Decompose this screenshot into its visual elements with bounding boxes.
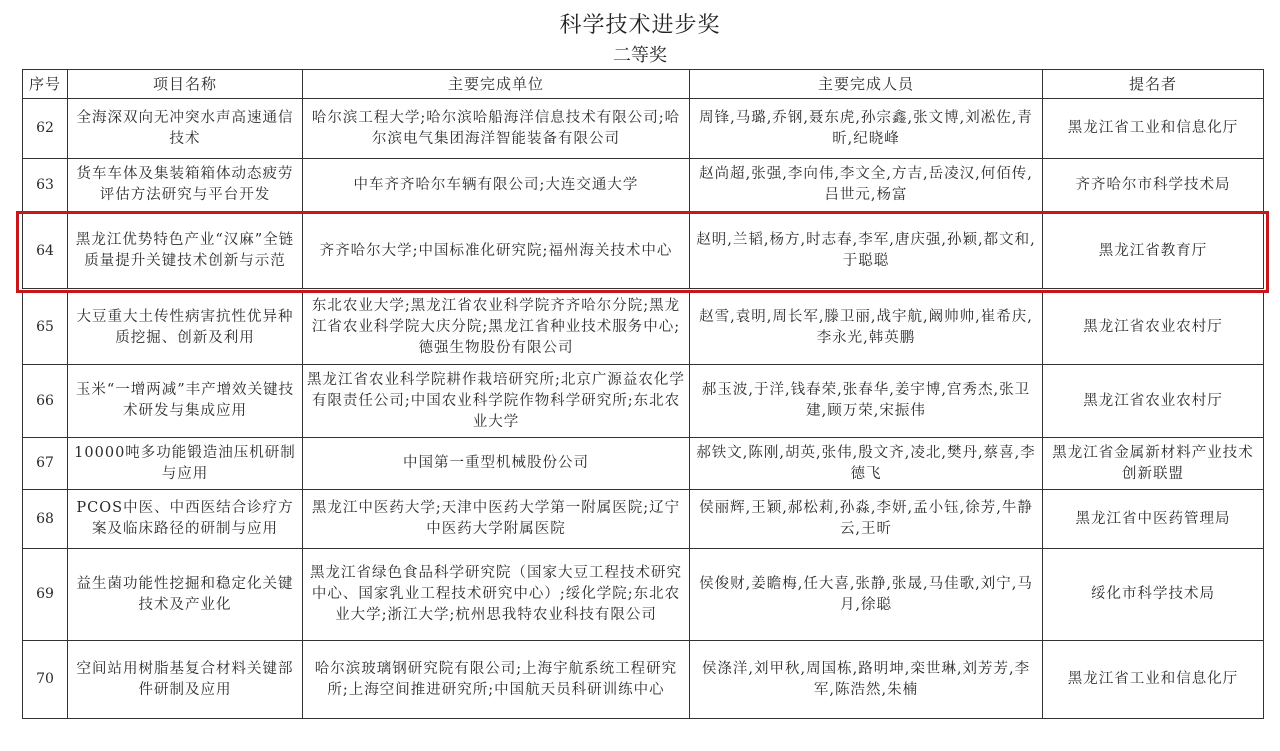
table-header-row: 序号 项目名称 主要完成单位 主要完成人员 提名者 [23,70,1264,99]
cell-people: 周锋,马璐,乔钢,聂东虎,孙宗鑫,张文博,刘凇佐,青昕,纪晓峰 [690,99,1043,159]
table-row-highlighted: 64 黑龙江优势特色产业“汉麻”全链质量提升关键技术创新与示范 齐齐哈尔大学;中… [23,213,1264,290]
cell-index: 62 [23,99,68,159]
header-nominator: 提名者 [1043,70,1264,99]
table-row: 66 玉米“一增两减”丰产增效关键技术研发与集成应用 黑龙江省农业科学院耕作栽培… [23,365,1264,438]
cell-units: 中车齐齐哈尔车辆有限公司;大连交通大学 [303,159,690,213]
cell-people: 侯俊财,姜瞻梅,任大喜,张静,张晟,马佳歌,刘宁,马月,徐聪 [690,549,1043,641]
cell-project: 玉米“一增两减”丰产增效关键技术研发与集成应用 [68,365,303,438]
table-row: 65 大豆重大土传性病害抗性优异种质挖掘、创新及利用 东北农业大学;黑龙江省农业… [23,290,1264,365]
cell-people: 赵尚超,张强,李向伟,李文全,方吉,岳凌汉,何佰传,吕世元,杨富 [690,159,1043,213]
cell-index: 63 [23,159,68,213]
cell-nominator: 黑龙江省农业农村厅 [1043,290,1264,365]
awards-table: 序号 项目名称 主要完成单位 主要完成人员 提名者 62 全海深双向无冲突水声高… [22,69,1264,719]
cell-nominator: 黑龙江省工业和信息化厅 [1043,99,1264,159]
cell-project: 空间站用树脂基复合材料关键部件研制及应用 [68,641,303,719]
cell-nominator: 黑龙江省工业和信息化厅 [1043,641,1264,719]
cell-index: 66 [23,365,68,438]
cell-nominator: 黑龙江省农业农村厅 [1043,365,1264,438]
table-row: 67 10000吨多功能锻造油压机研制与应用 中国第一重型机械股份公司 郝铁文,… [23,438,1264,490]
cell-project: 货车车体及集装箱箱体动态疲劳评估方法研究与平台开发 [68,159,303,213]
award-level-subtitle: 二等奖 [0,41,1280,67]
cell-project: 全海深双向无冲突水声高速通信技术 [68,99,303,159]
table-row: 62 全海深双向无冲突水声高速通信技术 哈尔滨工程大学;哈尔滨哈船海洋信息技术有… [23,99,1264,159]
cell-project: 益生菌功能性挖掘和稳定化关键技术及产业化 [68,549,303,641]
cell-people: 赵明,兰韬,杨方,时志春,李军,唐庆强,孙颖,都文和,于聪聪 [690,213,1043,290]
cell-nominator: 黑龙江省中医药管理局 [1043,490,1264,549]
table-row: 68 PCOS中医、中西医结合诊疗方案及临床路径的研制与应用 黑龙江中医药大学;… [23,490,1264,549]
cell-people: 赵雪,袁明,周长军,滕卫丽,战宇航,阚帅帅,崔希庆,李永光,韩英鹏 [690,290,1043,365]
cell-nominator: 黑龙江省金属新材料产业技术创新联盟 [1043,438,1264,490]
cell-nominator: 绥化市科学技术局 [1043,549,1264,641]
cell-project: PCOS中医、中西医结合诊疗方案及临床路径的研制与应用 [68,490,303,549]
cell-index: 65 [23,290,68,365]
header-units: 主要完成单位 [303,70,690,99]
cell-people: 郝玉波,于洋,钱春荣,张春华,姜宇博,宫秀杰,张卫建,顾万荣,宋振伟 [690,365,1043,438]
page-title: 科学技术进步奖 [0,8,1280,39]
cell-project: 10000吨多功能锻造油压机研制与应用 [68,438,303,490]
cell-units: 哈尔滨玻璃钢研究院有限公司;上海宇航系统工程研究所;上海空间推进研究所;中国航天… [303,641,690,719]
cell-units: 中国第一重型机械股份公司 [303,438,690,490]
header-project: 项目名称 [68,70,303,99]
cell-project: 大豆重大土传性病害抗性优异种质挖掘、创新及利用 [68,290,303,365]
cell-units: 黑龙江省农业科学院耕作栽培研究所;北京广源益农化学有限责任公司;中国农业科学院作… [303,365,690,438]
header-index: 序号 [23,70,68,99]
cell-index: 69 [23,549,68,641]
cell-index: 68 [23,490,68,549]
cell-project: 黑龙江优势特色产业“汉麻”全链质量提升关键技术创新与示范 [68,213,303,290]
cell-index: 64 [23,213,68,290]
cell-nominator: 黑龙江省教育厅 [1043,213,1264,290]
header-people: 主要完成人员 [690,70,1043,99]
cell-index: 70 [23,641,68,719]
table-row: 63 货车车体及集装箱箱体动态疲劳评估方法研究与平台开发 中车齐齐哈尔车辆有限公… [23,159,1264,213]
cell-units: 黑龙江省绿色食品科学研究院（国家大豆工程技术研究中心、国家乳业工程技术研究中心）… [303,549,690,641]
cell-people: 郝铁文,陈刚,胡英,张伟,殷文齐,凌北,樊丹,蔡喜,李德飞 [690,438,1043,490]
cell-people: 侯涤洋,刘甲秋,周国栋,路明坤,栾世琳,刘芳芳,李军,陈浩然,朱楠 [690,641,1043,719]
cell-people: 侯丽辉,王颖,郝松莉,孙淼,李妍,孟小钰,徐芳,牛静云,王昕 [690,490,1043,549]
cell-units: 哈尔滨工程大学;哈尔滨哈船海洋信息技术有限公司;哈尔滨电气集团海洋智能装备有限公… [303,99,690,159]
cell-units: 黑龙江中医药大学;天津中医药大学第一附属医院;辽宁中医药大学附属医院 [303,490,690,549]
table-row: 69 益生菌功能性挖掘和稳定化关键技术及产业化 黑龙江省绿色食品科学研究院（国家… [23,549,1264,641]
cell-units: 齐齐哈尔大学;中国标准化研究院;福州海关技术中心 [303,213,690,290]
table-row: 70 空间站用树脂基复合材料关键部件研制及应用 哈尔滨玻璃钢研究院有限公司;上海… [23,641,1264,719]
cell-units: 东北农业大学;黑龙江省农业科学院齐齐哈尔分院;黑龙江省农业科学院大庆分院;黑龙江… [303,290,690,365]
cell-nominator: 齐齐哈尔市科学技术局 [1043,159,1264,213]
cell-index: 67 [23,438,68,490]
